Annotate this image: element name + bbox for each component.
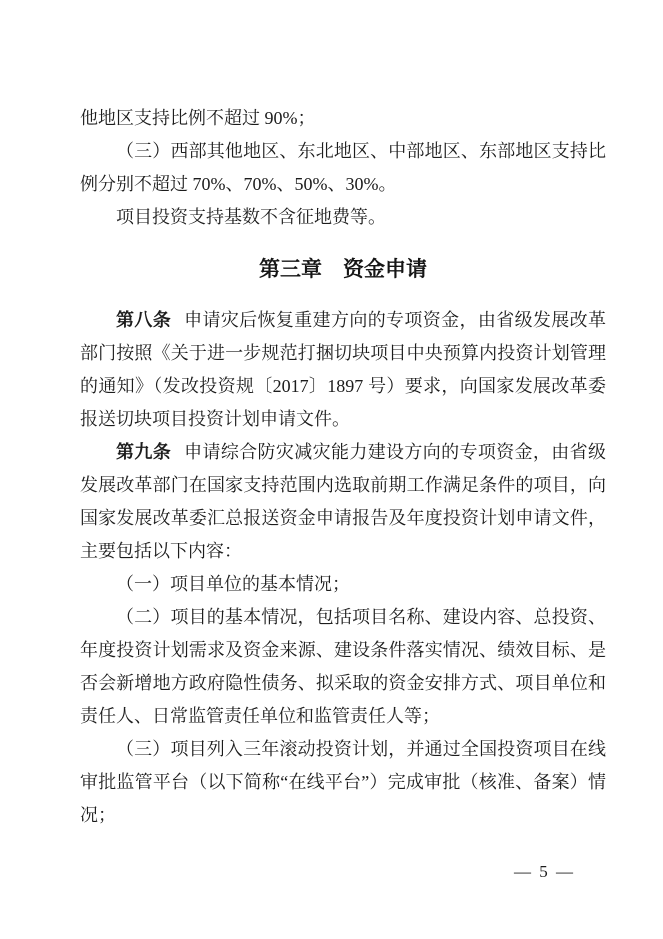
page-number: — 5 —: [514, 861, 575, 883]
document-body: 他地区支持比例不超过 90%； （三）西部其他地区、东北地区、中部地区、东部地区…: [80, 0, 606, 832]
paragraph-article8: 第八条申请灾后恢复重建方向的专项资金，由省级发展改革部门按照《关于进一步规范打捆…: [80, 304, 606, 436]
paragraph-item3: （三）项目列入三年滚动投资计划，并通过全国投资项目在线审批监管平台（以下简称“在…: [80, 733, 606, 832]
paragraph-continued: 他地区支持比例不超过 90%；: [80, 102, 606, 135]
paragraph-item1: （一）项目单位的基本情况；: [80, 568, 606, 601]
article8-number: 第八条: [116, 310, 171, 330]
chapter-heading: 第三章 资金申请: [80, 253, 606, 286]
paragraph-clause-west: （三）西部其他地区、东北地区、中部地区、东部地区支持比例分别不超过 70%、70…: [80, 135, 606, 201]
paragraph-note: 项目投资支持基数不含征地费等。: [80, 201, 606, 234]
document-page: 他地区支持比例不超过 90%； （三）西部其他地区、东北地区、中部地区、东部地区…: [0, 0, 663, 939]
paragraph-item2: （二）项目的基本情况，包括项目名称、建设内容、总投资、年度投资计划需求及资金来源…: [80, 601, 606, 733]
paragraph-article9: 第九条申请综合防灾减灾能力建设方向的专项资金，由省级发展改革部门在国家支持范围内…: [80, 436, 606, 568]
article9-number: 第九条: [116, 442, 171, 462]
